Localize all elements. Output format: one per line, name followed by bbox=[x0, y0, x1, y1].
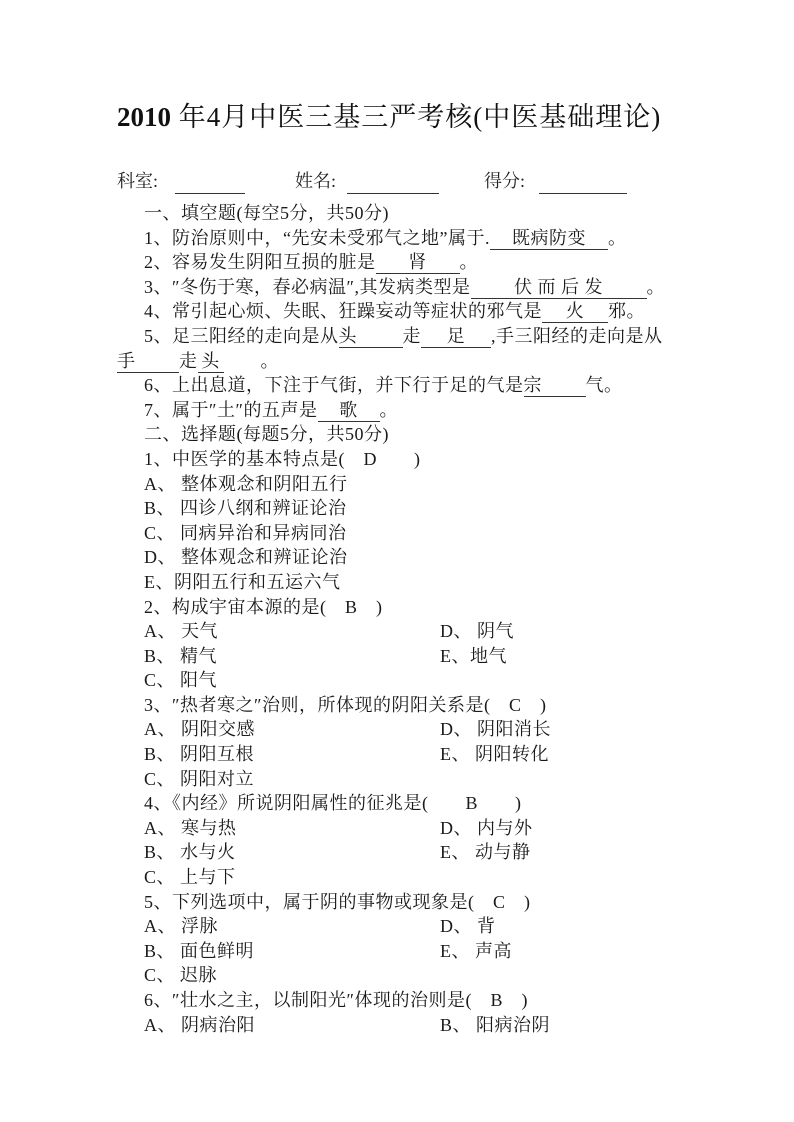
fill-blank: 火 bbox=[542, 301, 608, 323]
option-left: B、 水与火 bbox=[144, 840, 440, 865]
text-run: 气。 bbox=[586, 375, 623, 395]
text-run: 6、″壮水之主，以制阳光″体现的治则是( B ) bbox=[144, 990, 528, 1010]
option-row: A、 阴阳交感D、 阴阳消长 bbox=[117, 717, 684, 742]
text-run: 4、《内经》所说阴阳属性的征兆是( B ) bbox=[144, 793, 522, 813]
text-run: C、 同病异治和异病同治 bbox=[144, 523, 347, 543]
score-blank bbox=[539, 169, 627, 194]
option-right: B、 阳病治阴 bbox=[440, 1013, 550, 1038]
fill-blank: 手 bbox=[117, 351, 179, 373]
fill-question-6: 6、上出息道，下注于气街，并下行于足的气是宗气。 bbox=[117, 373, 684, 398]
option-line: B、 四诊八纲和辨证论治 bbox=[117, 496, 684, 521]
choice-question-1: 1、中医学的基本特点是( D ) bbox=[117, 447, 684, 472]
fill-question-4: 4、常引起心烦、失眠、狂躁妄动等症状的邪气是 火 邪。 bbox=[117, 299, 684, 324]
option-line: C、 上与下 bbox=[117, 865, 684, 890]
option-right: D、 阴气 bbox=[440, 619, 514, 644]
option-line: C、 阴阳对立 bbox=[117, 767, 684, 792]
fill-section-heading: 一、填空题(每空5分，共50分) bbox=[117, 201, 684, 226]
document-lines: 一、填空题(每空5分，共50分)1、防治原则中，“先安未受邪气之地”属于. 既病… bbox=[117, 201, 684, 1037]
name-blank bbox=[347, 169, 439, 194]
text-run: 2、构成宇宙本源的是( B ) bbox=[144, 597, 383, 617]
title-text: 年4月中医三基三严考核(中医基础理论) bbox=[171, 102, 661, 132]
fill-blank: 歌 bbox=[318, 400, 380, 422]
text-run: 走 bbox=[179, 351, 198, 371]
option-row: A、 天气D、 阴气 bbox=[117, 619, 684, 644]
text-run: B、 四诊八纲和辨证论治 bbox=[144, 498, 347, 518]
option-row: B、 阴阳互根E、 阴阳转化 bbox=[117, 742, 684, 767]
text-run: 一、填空题(每空5分，共50分) bbox=[144, 203, 389, 223]
fill-blank: 头 bbox=[339, 326, 403, 348]
fill-blank: 头 bbox=[198, 351, 224, 373]
fill-blank: 足 bbox=[421, 326, 491, 348]
option-left: A、 阴阳交感 bbox=[144, 717, 440, 742]
field-label-department: 科室: bbox=[117, 168, 158, 194]
text-run: A、 整体观念和阴阳五行 bbox=[144, 474, 348, 494]
text-run: C、 阳气 bbox=[144, 670, 217, 690]
option-left: B、 精气 bbox=[144, 644, 440, 669]
field-label-score: 得分: bbox=[484, 168, 525, 194]
text-run: 2、容易发生阴阳互损的脏是 bbox=[144, 252, 376, 272]
text-run: 。 bbox=[647, 277, 666, 297]
text-run: 6、上出息道，下注于气街，并下行于足的气是 bbox=[144, 375, 524, 395]
option-right: E、地气 bbox=[440, 644, 507, 669]
choice-question-3: 3、″热者寒之″治则，所体现的阴阳关系是( C ) bbox=[117, 693, 684, 718]
choice-question-5: 5、下列选项中，属于阴的事物或现象是( C ) bbox=[117, 890, 684, 915]
option-left: A、 阴病治阳 bbox=[144, 1013, 440, 1038]
text-run: 3、″冬伤于寒，春必病温″,其发病类型是 bbox=[144, 277, 471, 297]
fill-question-7: 7、属于″土″的五声是 歌 。 bbox=[117, 398, 684, 423]
text-run: 走 bbox=[403, 326, 422, 346]
text-run: 5、足三阳经的走向是从 bbox=[144, 326, 339, 346]
fill-blank: 伏 而 后 发 bbox=[471, 277, 647, 299]
option-line: C、 迟脉 bbox=[117, 963, 684, 988]
option-line: A、 整体观念和阴阳五行 bbox=[117, 472, 684, 497]
choice-question-2: 2、构成宇宙本源的是( B ) bbox=[117, 595, 684, 620]
fill-blank: 既病防变 bbox=[490, 228, 608, 250]
field-label-name: 姓名: bbox=[295, 168, 336, 194]
page-title: 2010 年4月中医三基三严考核(中医基础理论) bbox=[117, 97, 684, 137]
option-line: D、 整体观念和辨证论治 bbox=[117, 545, 684, 570]
text-run: 邪。 bbox=[608, 301, 645, 321]
option-line: C、 阳气 bbox=[117, 668, 684, 693]
option-right: E、 动与静 bbox=[440, 840, 531, 865]
text-run: ,手三阳经的走向是从 bbox=[491, 326, 663, 346]
text-run: 1、防治原则中，“先安未受邪气之地”属于. bbox=[144, 228, 490, 248]
option-left: B、 面色鲜明 bbox=[144, 939, 440, 964]
text-run: D、 整体观念和辨证论治 bbox=[144, 547, 348, 567]
option-left: A、 浮脉 bbox=[144, 914, 440, 939]
fill-blank: 肾 bbox=[376, 252, 460, 274]
text-run: 4、常引起心烦、失眠、狂躁妄动等症状的邪气是 bbox=[144, 301, 542, 321]
text-run: 5、下列选项中，属于阴的事物或现象是( C ) bbox=[144, 892, 531, 912]
header-fields: 科室: 姓名: 得分: bbox=[117, 164, 684, 194]
option-row: A、 寒与热D、 内与外 bbox=[117, 816, 684, 841]
option-right: D、 背 bbox=[440, 914, 496, 939]
option-left: A、 天气 bbox=[144, 619, 440, 644]
text-run: C、 迟脉 bbox=[144, 965, 217, 985]
fill-blank: 宗 bbox=[524, 375, 586, 397]
text-run: C、 上与下 bbox=[144, 867, 236, 887]
option-row: B、 面色鲜明E、 声高 bbox=[117, 939, 684, 964]
option-row: A、 阴病治阳B、 阳病治阴 bbox=[117, 1013, 684, 1038]
option-left: A、 寒与热 bbox=[144, 816, 440, 841]
option-right: D、 内与外 bbox=[440, 816, 533, 841]
fill-question-1: 1、防治原则中，“先安未受邪气之地”属于. 既病防变 。 bbox=[117, 226, 684, 251]
text-run: 。 bbox=[380, 400, 399, 420]
text-run: E、阴阳五行和五运六气 bbox=[144, 572, 341, 592]
exam-page: 2010 年4月中医三基三严考核(中医基础理论) 科室: 姓名: 得分: 一、填… bbox=[0, 0, 794, 1122]
option-line: C、 同病异治和异病同治 bbox=[117, 521, 684, 546]
text-run: 1、中医学的基本特点是( D ) bbox=[144, 449, 421, 469]
option-right: E、 声高 bbox=[440, 939, 512, 964]
fill-question-5: 5、足三阳经的走向是从头走 足 ,手三阳经的走向是从 bbox=[117, 324, 684, 349]
text-run: 二、选择题(每题5分，共50分) bbox=[144, 424, 389, 444]
text-run: 。 bbox=[224, 351, 280, 371]
title-year: 2010 bbox=[117, 102, 171, 132]
option-row: B、 精气E、地气 bbox=[117, 644, 684, 669]
option-line: E、阴阳五行和五运六气 bbox=[117, 570, 684, 595]
fill-question-5-wrap: 手走头 。 bbox=[117, 349, 684, 374]
fill-question-2: 2、容易发生阴阳互损的脏是肾。 bbox=[117, 250, 684, 275]
fill-question-3: 3、″冬伤于寒，春必病温″,其发病类型是伏 而 后 发。 bbox=[117, 275, 684, 300]
department-blank bbox=[175, 169, 245, 194]
text-run: 3、″热者寒之″治则，所体现的阴阳关系是( C ) bbox=[144, 695, 547, 715]
text-run: 。 bbox=[608, 228, 627, 248]
option-row: B、 水与火E、 动与静 bbox=[117, 840, 684, 865]
option-left: B、 阴阳互根 bbox=[144, 742, 440, 767]
choice-question-4: 4、《内经》所说阴阳属性的征兆是( B ) bbox=[117, 791, 684, 816]
text-run: C、 阴阳对立 bbox=[144, 769, 254, 789]
option-row: A、 浮脉D、 背 bbox=[117, 914, 684, 939]
option-right: E、 阴阳转化 bbox=[440, 742, 549, 767]
text-run: 。 bbox=[460, 252, 479, 272]
choice-section-heading: 二、选择题(每题5分，共50分) bbox=[117, 422, 684, 447]
text-run: 7、属于″土″的五声是 bbox=[144, 400, 318, 420]
option-right: D、 阴阳消长 bbox=[440, 717, 551, 742]
choice-question-6: 6、″壮水之主，以制阳光″体现的治则是( B ) bbox=[117, 988, 684, 1013]
